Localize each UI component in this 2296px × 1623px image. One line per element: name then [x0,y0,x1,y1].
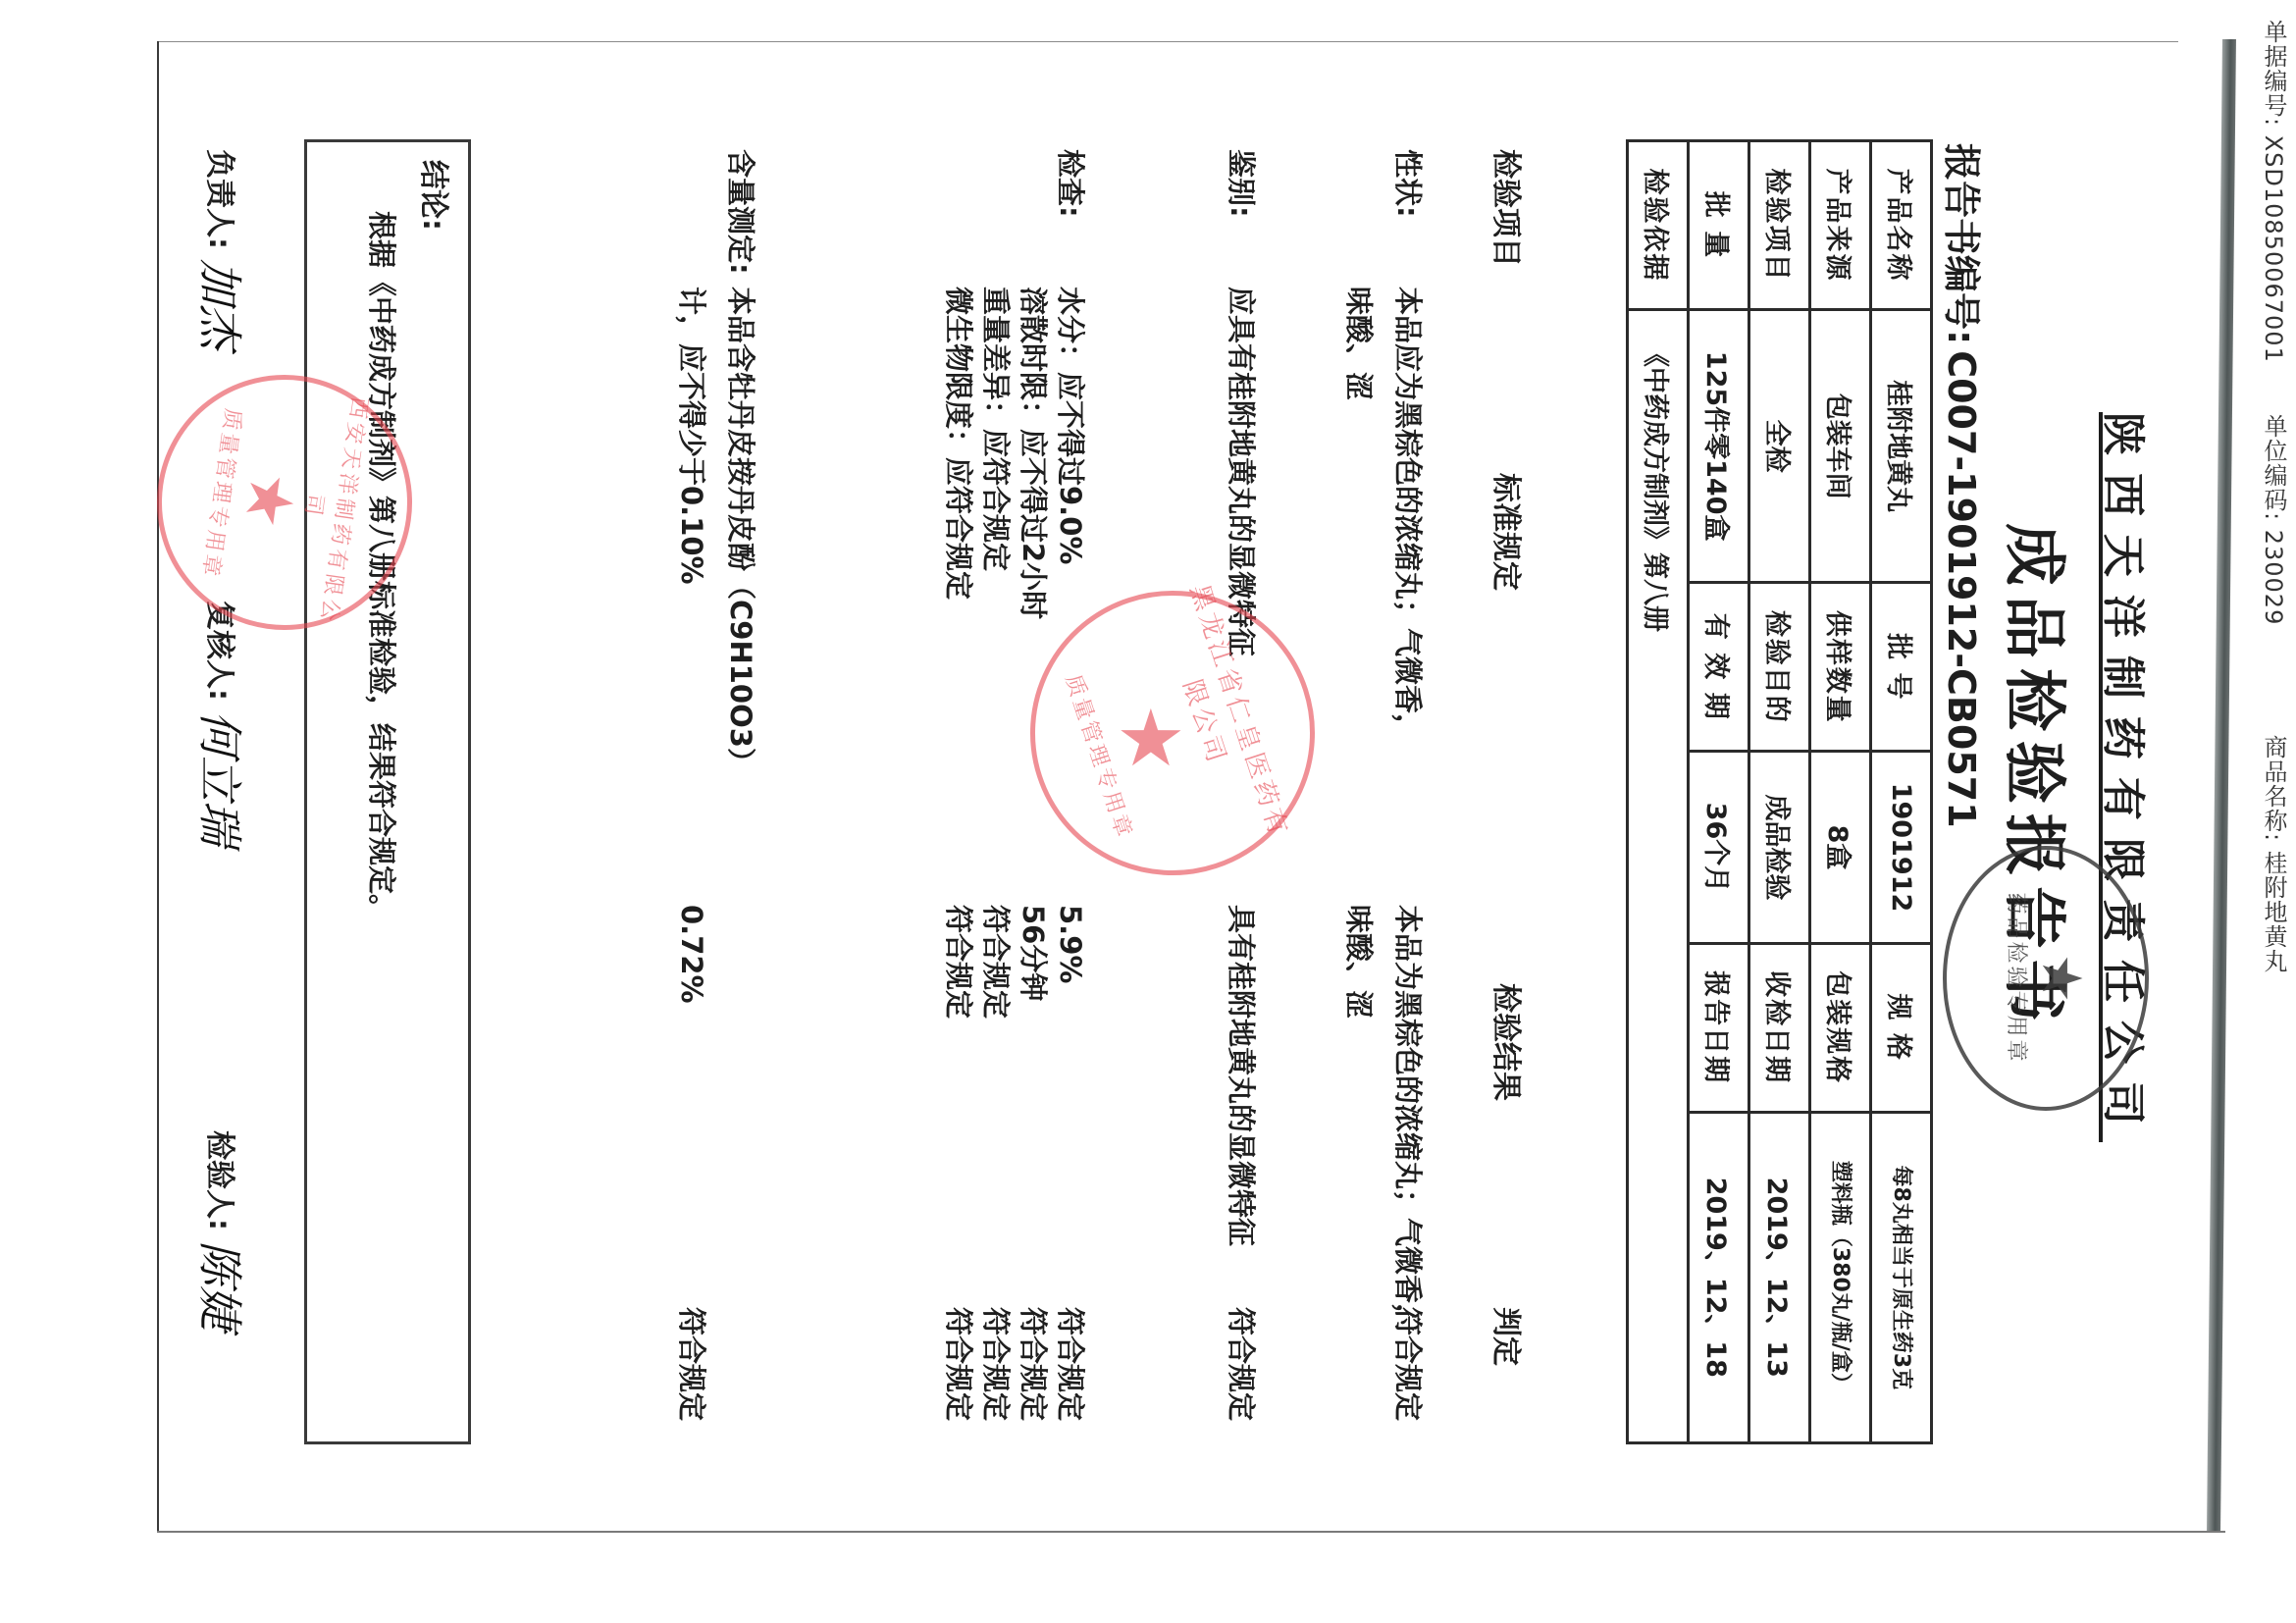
conclusion-title: 结论: [415,160,458,231]
table-row: 检验项目 全检 检验目的 成品检验 收检日期 2019、12、13 [1749,141,1810,1443]
inspector-label: 检验人: [201,1130,244,1230]
basis-value: 《中药成方制剂》第八册 [1628,310,1689,1443]
cell-value: 桂附地黄丸 [1871,310,1932,583]
cell-value: 成品检验 [1749,752,1810,943]
column-header-judgement: 判定 [1487,1307,1531,1366]
table-row: 产品来源 包装车间 供样数量 8盒 包装规格 塑料瓶（380丸/瓶/盒） [1810,141,1871,1443]
test-row-appearance: 性状: 本品应为黑棕色的浓缩丸；气微香， 味酸、涩 本品为黑棕色的浓缩丸；气微香… [1325,149,1433,1454]
star-icon: ★ [1104,694,1200,785]
margin-product-name: 商品名称: 桂附地黄丸 [2257,735,2291,973]
test-judgement: 符合规定 符合规定 符合规定 符合规定 [940,1307,1089,1454]
company-name: 陕西天洋制药有限责任公司 [2096,130,2159,1425]
column-header-result: 检验结果 [1487,983,1531,1101]
signature-responsible: 负责人: 加杰 [190,149,255,349]
test-label: 含量测定: [716,149,765,275]
report-number-value: C007-1901912-CB0571 [1940,350,1983,827]
cell-label: 规 格 [1871,943,1932,1112]
report-title: 成品检验报告书 [1994,130,2084,1425]
test-judgement: 符合规定 [667,1307,716,1454]
unit-code: 单位编码: 230029 [2257,414,2291,625]
cell-value: 每8丸相当于原生药3克 [1871,1112,1932,1442]
cell-value: 8盒 [1810,752,1871,943]
cell-label: 供样数量 [1810,583,1871,752]
cell-value: 包装车间 [1810,310,1871,583]
cell-value: 全检 [1749,310,1810,583]
cell-label: 检验项目 [1749,141,1810,310]
margin-info-strip: 单据编号: XSD10850067001 单位编码: 230029 商品名称: … [2232,20,2291,1197]
cell-label: 批 号 [1871,583,1932,752]
cell-label: 批 量 [1689,141,1749,310]
cell-value: 塑料瓶（380丸/瓶/盒） [1810,1112,1871,1442]
cell-label: 包装规格 [1810,943,1871,1112]
cell-value: 1901912 [1871,752,1932,943]
test-label: 检查: [1052,149,1089,218]
report-number: 报告书编号:C007-1901912-CB0571 [1938,143,1992,828]
test-label: 鉴别: [1217,149,1266,218]
test-judgement: 符合规定 [1383,1307,1433,1454]
test-row-assay: 含量测定: 本品含牡丹皮按丹皮酚（C9H10O3） 计，应不得少于0.10% 0… [657,149,765,1454]
doc-number: 单据编号: XSD10850067001 [2257,20,2291,363]
responsible-signature: 加杰 [190,259,255,349]
cell-value: 36个月 [1689,752,1749,943]
reviewer-signature: 何立瑞 [190,710,255,846]
column-header-standard: 标准规定 [1487,473,1531,591]
cell-label: 产品来源 [1810,141,1871,310]
cell-value: 2019、12、18 [1689,1112,1749,1442]
test-standard: 水分：应不得过9.0% 溶散时限：应不得过2小时 重量差异：应符合规定 微生物限… [940,287,1089,895]
test-standard: 应具有桂附地黄丸的显微特征 [1217,287,1266,895]
table-row: 批 量 125件零140盒 有 效 期 36个月 报告日期 2019、12、18 [1689,141,1749,1443]
signature-inspector: 检验人: 陈婕 [190,1130,255,1331]
table-row: 检验依据 《中药成方制剂》第八册 [1628,141,1689,1443]
inspection-report: 陕西天洋制药有限责任公司 成品检验报告书 报告书编号:C007-1901912-… [157,41,2178,1533]
responsible-label: 负责人: [201,149,244,249]
reviewer-label: 复核人: [201,601,244,701]
column-header-item: 检验项目 [1487,149,1531,267]
basis-label: 检验依据 [1628,141,1689,310]
cell-label: 产品名称 [1871,141,1932,310]
test-row-identification: 鉴别: 应具有桂附地黄丸的显微特征 具有桂附地黄丸的显微特征 符合规定 [1207,149,1266,1454]
table-row: 产品名称 桂附地黄丸 批 号 1901912 规 格 每8丸相当于原生药3克 [1871,141,1932,1443]
cell-label: 有 效 期 [1689,583,1749,752]
test-standard: 本品含牡丹皮按丹皮酚（C9H10O3） 计，应不得少于0.10% [667,287,765,895]
cell-value: 2019、12、13 [1749,1112,1810,1442]
test-judgement: 符合规定 [1217,1307,1266,1454]
signature-row: 负责人: 加杰 复核人: 何立瑞 检验人: 陈婕 [167,149,255,1425]
test-row-checks: 检查: 水分：应不得过9.0% 溶散时限：应不得过2小时 重量差异：应符合规定 … [883,149,1089,1454]
inspector-signature: 陈婕 [190,1240,255,1331]
test-label: 性状: [1383,149,1433,218]
report-number-label: 报告书编号: [1940,143,1983,344]
conclusion-box: 结论: 根据《中药成方制剂》第八册标准检验，结果符合规定。 [304,139,471,1444]
conclusion-text: 根据《中药成方制剂》第八册标准检验，结果符合规定。 [363,211,403,922]
test-standard: 本品应为黑棕色的浓缩丸；气微香， 味酸、涩 [1334,287,1433,895]
cell-value: 125件零140盒 [1689,310,1749,583]
signature-reviewer: 复核人: 何立瑞 [190,601,255,846]
cell-label: 报告日期 [1689,943,1749,1112]
cell-label: 检验目的 [1749,583,1810,752]
cell-label: 收检日期 [1749,943,1810,1112]
product-info-table: 产品名称 桂附地黄丸 批 号 1901912 规 格 每8丸相当于原生药3克 产… [1626,139,1933,1444]
